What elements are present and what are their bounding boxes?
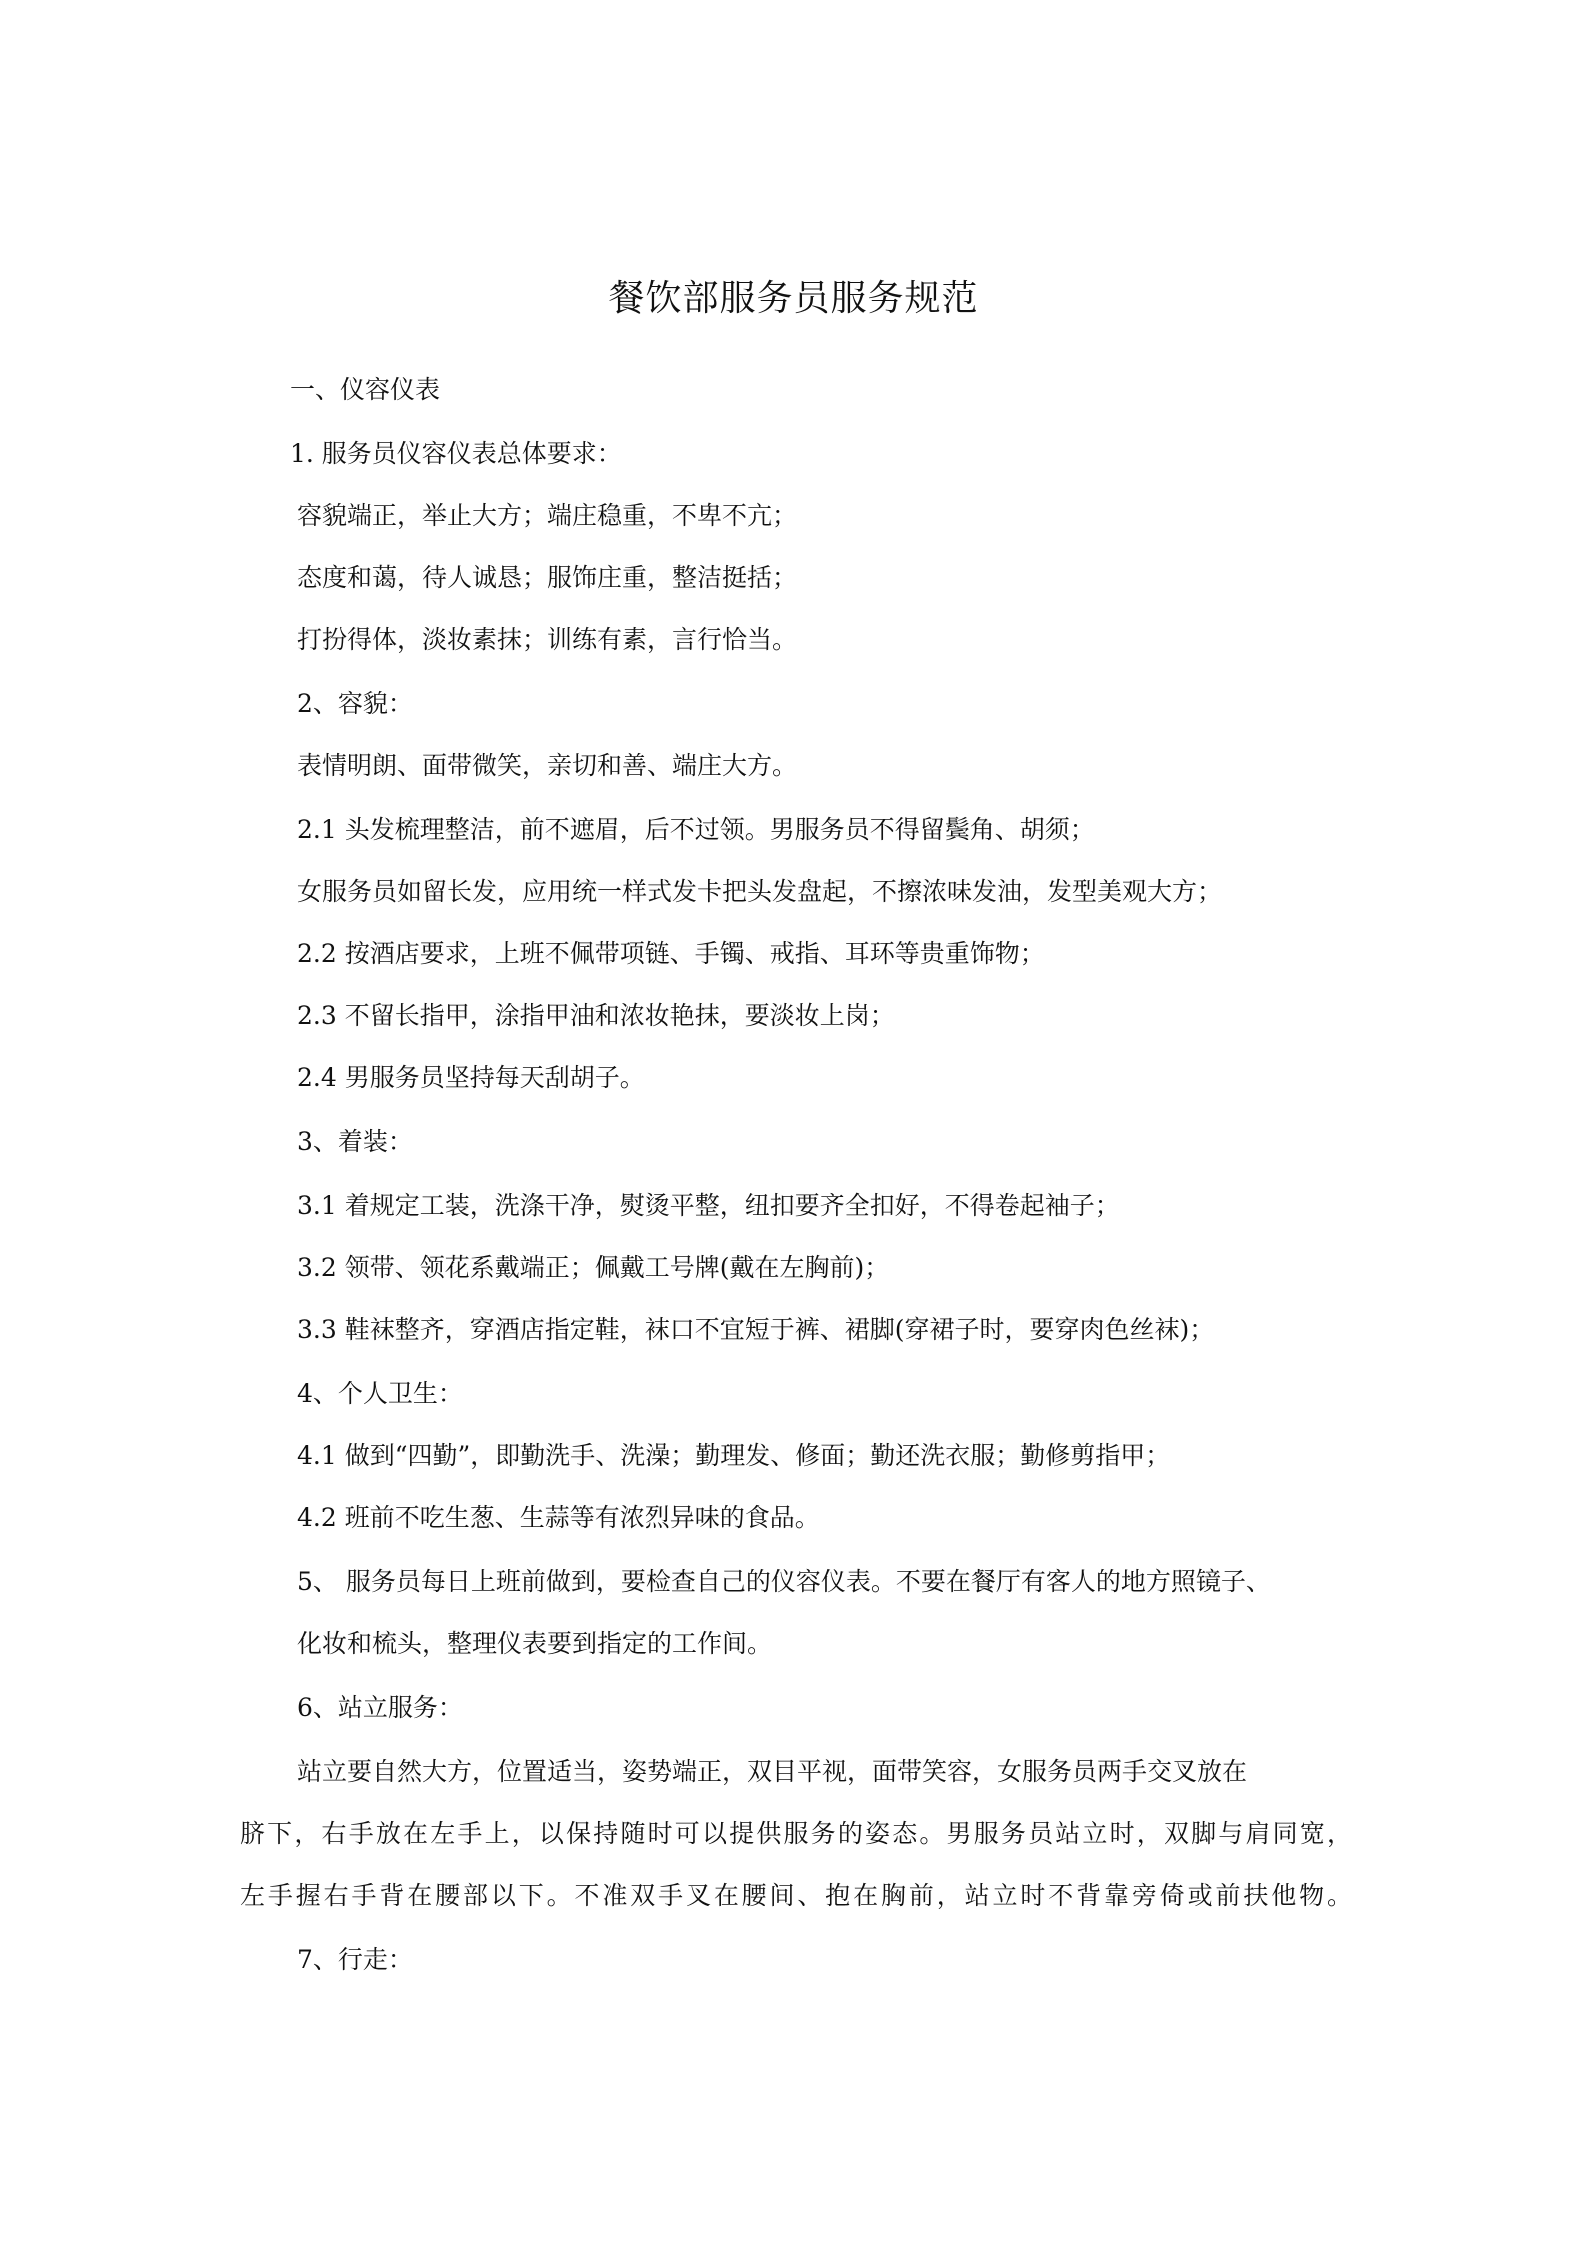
paragraph-line: 5、 服务员每日上班前做到，要检查自己的仪容仪表。不要在餐厅有客人的地方照镜子、 (297, 1566, 1271, 1598)
subheading-general-requirements: 1. 服务员仪容仪表总体要求： (290, 438, 622, 470)
section-heading-appearance: 一、仪容仪表 (290, 374, 440, 406)
paragraph-line: 打扮得体，淡妆素抹；训练有素，言行恰当。 (297, 624, 797, 656)
paragraph-line: 站立要自然大方，位置适当，姿势端正，双目平视，面带笑容，女服务员两手交叉放在 (297, 1756, 1247, 1788)
subheading-attire: 3、着装： (297, 1126, 413, 1158)
paragraph-line: 3.1 着规定工装，洗涤干净，熨烫平整，纽扣要齐全扣好，不得卷起袖子； (297, 1190, 1120, 1222)
paragraph-line: 4.1 做到“四勤”，即勤洗手、洗澡；勤理发、修面；勤还洗衣服；勤修剪指甲； (297, 1440, 1170, 1472)
paragraph-line: 2.3 不留长指甲，涂指甲油和浓妆艳抹，要淡妆上岗； (297, 1000, 895, 1032)
document-title: 餐饮部服务员服务规范 (0, 270, 1587, 321)
paragraph-line: 4.2 班前不吃生葱、生蒜等有浓烈异味的食品。 (297, 1502, 820, 1534)
paragraph-line: 脐下，右手放在左手上，以保持随时可以提供服务的姿态。男服务员站立时，双脚与肩同宽… (240, 1818, 1352, 1850)
subheading-personal-hygiene: 4、个人卫生： (297, 1378, 463, 1410)
paragraph-line: 2.4 男服务员坚持每天刮胡子。 (297, 1062, 645, 1094)
paragraph-line: 3.3 鞋袜整齐，穿酒店指定鞋，袜口不宜短于裤、裙脚(穿裙子时，要穿肉色丝袜)； (297, 1314, 1214, 1346)
paragraph-line: 3.2 领带、领花系戴端正；佩戴工号牌(戴在左胸前)； (297, 1252, 889, 1284)
paragraph-line: 2.2 按酒店要求，上班不佩带项链、手镯、戒指、耳环等贵重饰物； (297, 938, 1045, 970)
paragraph-line: 表情明朗、面带微笑，亲切和善、端庄大方。 (297, 750, 797, 782)
subheading-standing-service: 6、站立服务： (297, 1692, 463, 1724)
paragraph-line: 2.1 头发梳理整洁，前不遮眉，后不过领。男服务员不得留鬓角、胡须； (297, 814, 1095, 846)
paragraph-line: 女服务员如留长发，应用统一样式发卡把头发盘起，不擦浓味发油，发型美观大方； (297, 876, 1222, 908)
paragraph-line: 化妆和梳头，整理仪表要到指定的工作间。 (297, 1628, 772, 1660)
subheading-walking: 7、行走： (297, 1944, 413, 1976)
subheading-countenance: 2、容貌： (297, 688, 413, 720)
paragraph-line: 态度和蔼，待人诚恳；服饰庄重，整洁挺括； (297, 562, 797, 594)
paragraph-line: 容貌端正，举止大方；端庄稳重，不卑不亢； (297, 500, 797, 532)
paragraph-line: 左手握右手背在腰部以下。不准双手叉在腰间、抱在胸前，站立时不背靠旁倚或前扶他物。 (240, 1880, 1352, 1912)
